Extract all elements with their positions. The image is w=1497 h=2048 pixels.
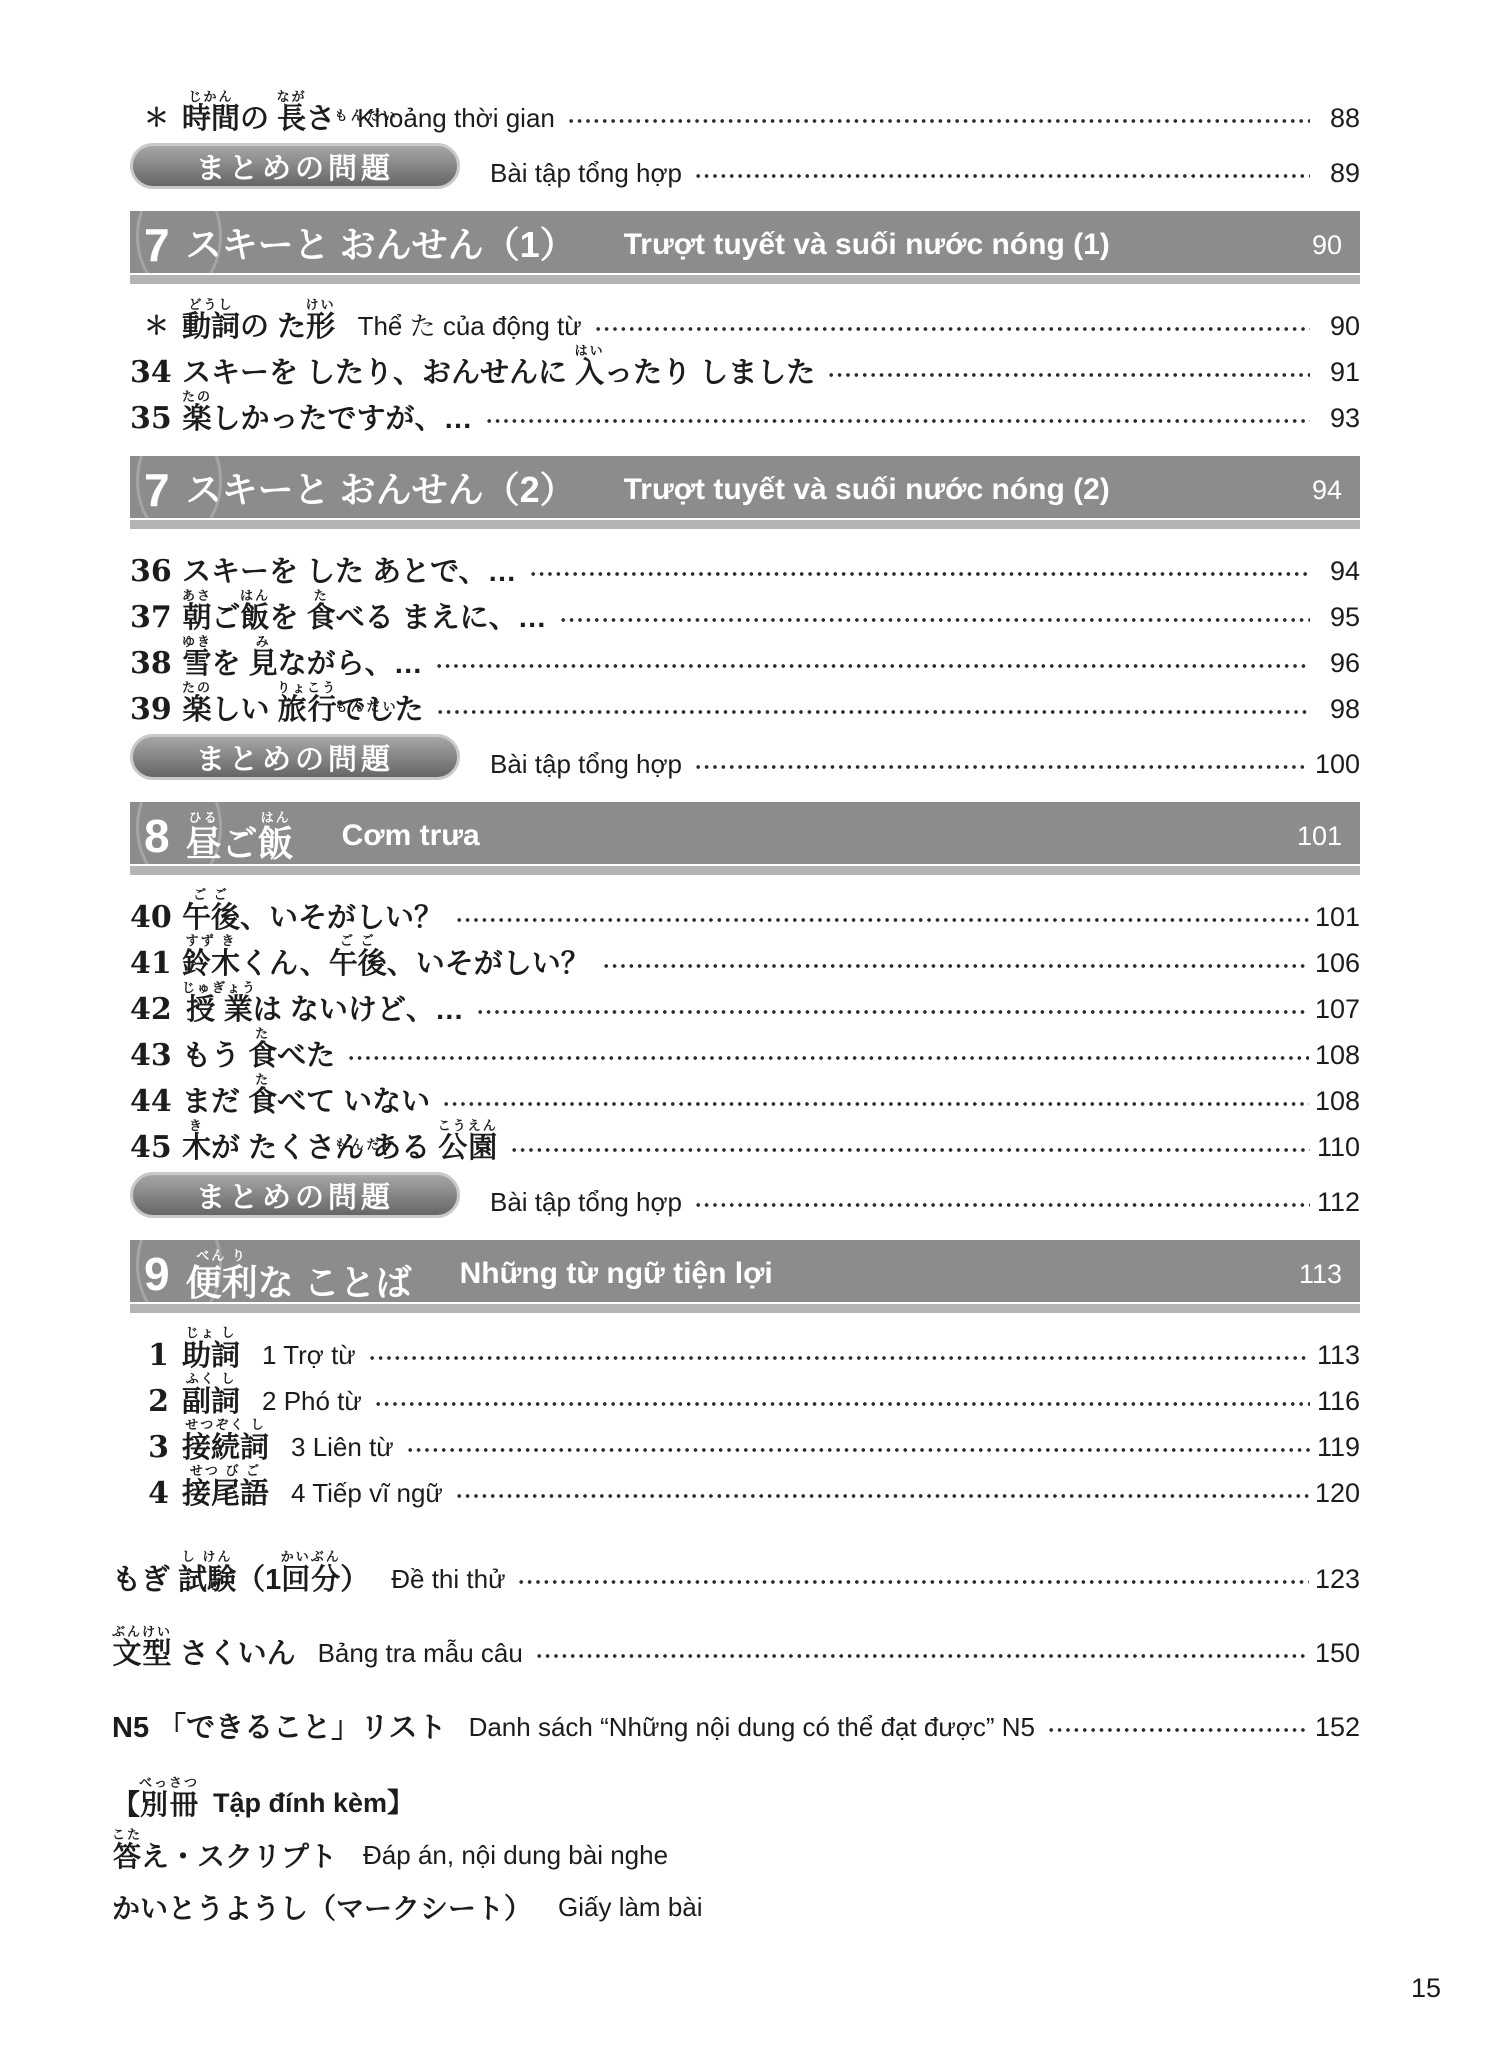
entry-japanese-text: 接続詞せつぞく し [182,1417,269,1463]
toc-entry: 答こたえ・スクリプト Đáp án, nội dung bài nghe [130,1827,1360,1871]
kanji-with-furigana: 楽たの [182,403,212,435]
entry-vietnamese-text: Danh sách “Những nội dung có thể đạt đượ… [469,1713,1035,1743]
matome-badge-wrap: もんだい まとめの問題 [130,1172,460,1218]
toc-entry: 【別冊べっさつ Tập đính kèm】 [130,1775,1360,1819]
section-header: 7 スキーと おんせん（2） Trượt tuyết và suối nước … [130,456,1360,529]
entry-page-number: 94 [1316,557,1360,587]
kanji-with-furigana: 接尾語せつ び ご [182,1478,269,1510]
section-header: 9 便利べん りな ことば Những từ ngữ tiện lợi 113 [130,1240,1360,1313]
entry-number: 2 [130,1387,182,1417]
section-header-bar: 9 便利べん りな ことば Những từ ngữ tiện lợi 113 [130,1240,1360,1302]
entry-japanese-text: 副詞ふく し [182,1371,240,1417]
kanji-with-furigana: 公園こうえん [438,1132,498,1164]
entry-page-number: 120 [1315,1479,1360,1509]
entry-number: 3 [130,1433,182,1463]
matome-no-mondai-badge: まとめの問題 [130,143,460,189]
toc-entry: 41 鈴木すず きくん、午後ご ご、いそがしい？ 106 [130,935,1360,979]
dotted-leader [694,1193,1310,1217]
entry-number: 44 [130,1087,182,1117]
dotted-leader [406,1438,1310,1462]
intro-rows: ＊ 時間じかんの 長ながさ Khoảng thời gian 88 もんだい ま… [130,90,1360,189]
kanji-with-furigana: 食た [307,602,336,634]
entry-vietnamese-text: Bài tập tổng hợp [490,750,682,780]
entry-vietnamese-text: Bài tập tổng hợp [490,1188,682,1218]
entry-page-number: 112 [1316,1188,1360,1218]
entry-vietnamese-text: 1 Trợ từ [262,1341,356,1371]
entry-page-number: 150 [1315,1639,1360,1669]
dotted-leader [476,1000,1309,1024]
dotted-leader [567,109,1310,133]
entry-japanese-text: 楽たのしかったですが、… [182,389,473,434]
kanji-with-furigana: 入はい [575,357,604,389]
entry-number: ＊ [130,314,182,342]
dotted-leader [347,1046,1309,1070]
toc-entry: 34 スキーを したり、おんせんに 入はいったり しました 91 [130,344,1360,388]
toc-entry: もぎ 試験し けん（1回分かいぶん） Đề thi thử 123 [130,1547,1360,1595]
entry-japanese-text: 助詞じょ し [182,1325,240,1371]
entry-page-number: 89 [1316,159,1360,189]
entry-vietnamese-text: Đáp án, nội dung bài nghe [363,1841,668,1871]
matome-no-mondai-badge: まとめの問題 [130,1172,460,1218]
section-page-number: 90 [1312,230,1342,261]
section-number: 8 [144,813,170,859]
dotted-leader [1047,1718,1309,1742]
toc-entry: 44 まだ 食たべて いない 108 [130,1073,1360,1117]
kanji-with-furigana: 旅行りょこう [278,694,337,726]
dotted-leader [517,1570,1308,1594]
dotted-leader [368,1346,1310,1370]
entry-number: 4 [130,1479,182,1509]
kanji-with-furigana: 見み [249,648,278,680]
kanji-with-furigana: 別冊べっさつ [140,1789,199,1820]
entry-vietnamese-text: Tập đính kèm】 [213,1788,414,1819]
kanji-with-furigana: 飯はん [241,602,270,634]
entry-page-number: 119 [1316,1433,1360,1463]
kanji-with-furigana: 楽たの [182,694,212,726]
entry-japanese-text: スキーを したり、おんせんに 入はいったり しました [182,343,815,388]
summary-exercise-row: もんだい まとめの問題 Bài tập tổng hợp 112 [130,1168,1360,1218]
entry-number: 38 [130,649,182,679]
section-header: 7 スキーと おんせん（1） Trượt tuyết và suối nước … [130,211,1360,284]
entry-number: 35 [130,404,182,434]
entry-page-number: 113 [1316,1341,1360,1371]
toc-entry: 3 接続詞せつぞく し 3 Liên từ 119 [130,1419,1360,1463]
kanji-with-furigana: 便利べん り [186,1262,258,1303]
entry-number: 37 [130,603,182,633]
dotted-leader [602,954,1309,978]
entry-page-number: 100 [1315,750,1360,780]
toc-entry: 39 楽たのしい 旅行りょこうでした 98 [130,681,1360,725]
dotted-leader [559,608,1310,632]
entry-japanese-text: スキーを した あとで、… [182,557,517,587]
kanji-with-furigana: 答こた [112,1841,141,1872]
kanji-with-furigana: 午後ご ご [182,902,240,934]
entry-page-number: 152 [1315,1713,1360,1743]
section-title-japanese: 昼ひるご飯はん [186,810,294,862]
badge-furigana: もんだい [335,696,399,715]
entry-page-number: 107 [1315,995,1360,1025]
entry-page-number: 91 [1316,358,1360,388]
toc-entry: 38 雪ゆきを 見みながら、… 96 [130,635,1360,679]
entry-japanese-text: もう 食たべた [182,1026,335,1071]
kanji-with-furigana: 形けい [306,311,336,343]
dotted-leader [510,1138,1310,1162]
entry-page-number: 93 [1316,404,1360,434]
section-rows: 36 スキーを した あとで、… 94 37 朝あさご飯はんを 食たべる まえに… [130,543,1360,780]
entry-japanese-text: 時間じかんの 長ながさ [182,89,335,134]
toc-entry: 42 授業じゅぎょうは ないけど、… 107 [130,981,1360,1025]
entry-number: 39 [130,695,182,725]
entry-page-number: 108 [1315,1087,1360,1117]
kanji-with-furigana: 長なが [277,103,306,135]
entry-vietnamese-text: 2 Phó từ [262,1387,362,1417]
entry-vietnamese-text: 4 Tiếp vĩ ngữ [291,1479,443,1509]
toc-entry: 40 午後ご ご、いそがしい？ 101 [130,889,1360,933]
entry-japanese-text: 文型ぶんけい さくいん [112,1624,296,1669]
header-strip-decoration [130,866,1360,875]
entry-number: 40 [130,903,182,933]
section-header-bar: 8 昼ひるご飯はん Cơm trưa 101 [130,802,1360,864]
dotted-leader [442,1092,1309,1116]
entry-number: 42 [130,995,182,1025]
kanji-with-furigana: 午後ご ご [329,948,387,980]
toc-entry: 4 接尾語せつ び ご 4 Tiếp vĩ ngữ 120 [130,1465,1360,1509]
kanji-with-furigana: 文型ぶんけい [112,1638,172,1670]
dotted-leader [594,317,1310,341]
entry-page-number: 110 [1316,1133,1360,1163]
entry-vietnamese-text: Thể た của động từ [358,312,582,342]
entry-japanese-text: 授業じゅぎょうは ないけど、… [182,980,464,1025]
section-rows: 40 午後ご ご、いそがしい？ 101 41 鈴木すず きくん、午後ご ご、いそ… [130,889,1360,1218]
entry-vietnamese-text: Đề thi thử [391,1565,505,1595]
entry-japanese-text: もぎ 試験し けん（1回分かいぶん） [112,1549,369,1595]
matome-badge-wrap: もんだい まとめの問題 [130,734,460,780]
kanji-with-furigana: 食た [248,1040,277,1072]
appendix-block: 【別冊べっさつ Tập đính kèm】 答こたえ・スクリプト Đáp án,… [130,1775,1360,1923]
entry-number: ＊ [130,106,182,134]
entry-japanese-text: 接尾語せつ び ご [182,1463,269,1509]
dotted-leader [455,908,1309,932]
entry-japanese-text: 雪ゆきを 見みながら、… [182,634,423,679]
entry-page-number: 116 [1316,1387,1360,1417]
matome-badge-wrap: もんだい まとめの問題 [130,143,460,189]
kanji-with-furigana: 時間じかん [182,103,240,135]
section-title-vietnamese: Trượt tuyết và suối nước nóng (2) [624,473,1110,507]
dotted-leader [694,755,1309,779]
entry-japanese-text: 鈴木すず きくん、午後ご ご、いそがしい？ [182,933,590,979]
entry-vietnamese-text: Bài tập tổng hợp [490,159,682,189]
entry-page-number: 90 [1316,312,1360,342]
section-title-vietnamese: Cơm trưa [342,819,480,853]
entry-page-number: 108 [1315,1041,1360,1071]
index-rows: もぎ 試験し けん（1回分かいぶん） Đề thi thử 123 文型ぶんけい… [130,1547,1360,1743]
summary-exercise-row: もんだい まとめの問題 Bài tập tổng hợp 100 [130,730,1360,780]
kanji-with-furigana: 副詞ふく し [182,1386,240,1418]
toc-page: ＊ 時間じかんの 長ながさ Khoảng thời gian 88 もんだい ま… [0,0,1497,2048]
entry-page-number: 123 [1315,1565,1360,1595]
section-rows: ＊ 動詞どうしの た形けい Thể た của động từ 90 34 スキ… [130,298,1360,434]
entry-number: 45 [130,1133,182,1163]
section-title-vietnamese: Những từ ngữ tiện lợi [460,1257,773,1291]
kanji-with-furigana: 木き [182,1132,211,1164]
kanji-with-furigana: 鈴木すず き [182,948,240,980]
entry-page-number: 96 [1316,649,1360,679]
section-title-japanese: スキーと おんせん（1） [186,227,576,263]
header-strip-decoration [130,520,1360,529]
entry-japanese-text: 午後ご ご、いそがしい？ [182,887,443,933]
section-number: 7 [144,222,170,268]
entry-page-number: 106 [1315,949,1360,979]
dotted-leader [827,363,1310,387]
toc-entry: 2 副詞ふく し 2 Phó từ 116 [130,1373,1360,1417]
entry-number: 36 [130,557,182,587]
entry-japanese-text: かいとうようし（マークシート） [112,1894,532,1923]
entry-japanese-text: 答こたえ・スクリプト [112,1827,337,1871]
toc-entry: かいとうようし（マークシート） Giấy làm bài [130,1879,1360,1923]
section-page-number: 94 [1312,475,1342,506]
entry-vietnamese-text: Giấy làm bài [558,1893,703,1923]
kanji-with-furigana: 雪ゆき [182,648,212,680]
entry-number: 34 [130,358,182,388]
header-strip-decoration [130,1304,1360,1313]
badge-furigana: もんだい [335,105,399,124]
dotted-leader [529,562,1310,586]
kanji-with-furigana: 昼ひる [186,823,222,864]
entry-number: 1 [130,1341,182,1371]
section-rows: 1 助詞じょ し 1 Trợ từ 113 2 副詞ふく し 2 Phó từ … [130,1327,1360,1509]
section-number: 7 [144,467,170,513]
dotted-leader [535,1644,1309,1668]
entry-page-number: 88 [1316,104,1360,134]
section-header-bar: 7 スキーと おんせん（1） Trượt tuyết và suối nước … [130,211,1360,273]
badge-furigana: もんだい [335,1134,399,1153]
toc-entry: 37 朝あさご飯はんを 食たべる まえに、… 95 [130,589,1360,633]
header-strip-decoration [130,275,1360,284]
entry-page-number: 95 [1316,603,1360,633]
entry-japanese-text: まだ 食たべて いない [182,1072,430,1117]
toc-entry: 文型ぶんけい さくいん Bảng tra mẫu câu 150 [130,1621,1360,1669]
entry-page-number: 101 [1315,903,1360,933]
entry-vietnamese-text: 3 Liên từ [291,1433,394,1463]
dotted-leader [435,654,1310,678]
toc-entry: 1 助詞じょ し 1 Trợ từ 113 [130,1327,1360,1371]
entry-page-number: 98 [1316,695,1360,725]
toc-entry: 45 木きが たくさん ある 公園こうえん 110 [130,1119,1360,1163]
section-page-number: 113 [1299,1259,1342,1290]
entry-japanese-text: 動詞どうしの た形けい [182,297,336,342]
section-title-japanese: スキーと おんせん（2） [186,472,576,508]
entry-vietnamese-text: Bảng tra mẫu câu [318,1639,523,1669]
kanji-with-furigana: 回分かいぶん [281,1564,340,1596]
section-header-bar: 7 スキーと おんせん（2） Trượt tuyết và suối nước … [130,456,1360,518]
section-title-japanese: 便利べん りな ことば [186,1248,412,1301]
matome-no-mondai-badge: まとめの問題 [130,734,460,780]
section-header: 8 昼ひるご飯はん Cơm trưa 101 [130,802,1360,875]
entry-number: 43 [130,1041,182,1071]
summary-exercise-row: もんだい まとめの問題 Bài tập tổng hợp 89 [130,139,1360,189]
kanji-with-furigana: 助詞じょ し [182,1340,240,1372]
dotted-leader [455,1484,1309,1508]
kanji-with-furigana: 朝あさ [182,602,212,634]
entry-japanese-text: N5 「できること」リスト [112,1713,447,1743]
kanji-with-furigana: 授業じゅぎょう [182,994,253,1026]
toc-entry: ＊ 動詞どうしの た形けい Thể た của động từ 90 [130,298,1360,342]
toc-entry: 35 楽たのしかったですが、… 93 [130,390,1360,434]
kanji-with-furigana: 食た [248,1086,277,1118]
toc-entry: N5 「できること」リスト Danh sách “Những nội dung … [130,1695,1360,1743]
section-number: 9 [144,1251,170,1297]
section-title-vietnamese: Trượt tuyết và suối nước nóng (1) [624,228,1110,262]
dotted-leader [694,164,1310,188]
toc-entry: 36 スキーを した あとで、… 94 [130,543,1360,587]
entry-japanese-text: 【別冊べっさつ [112,1775,199,1819]
entry-japanese-text: 朝あさご飯はんを 食たべる まえに、… [182,588,547,633]
kanji-with-furigana: 飯はん [258,823,294,864]
sections: 7 スキーと おんせん（1） Trượt tuyết và suối nước … [130,211,1360,1509]
section-page-number: 101 [1297,821,1342,852]
entry-number: 41 [130,949,182,979]
kanji-with-furigana: 接続詞せつぞく し [182,1432,269,1464]
toc-entry: ＊ 時間じかんの 長ながさ Khoảng thời gian 88 [130,90,1360,134]
toc-entry: 43 もう 食たべた 108 [130,1027,1360,1071]
kanji-with-furigana: 動詞どうし [182,311,240,343]
dotted-leader [485,409,1310,433]
dotted-leader [436,700,1310,724]
footer-page-number: 15 [1411,1973,1441,2004]
dotted-leader [374,1392,1310,1416]
kanji-with-furigana: 試験し けん [178,1564,236,1596]
